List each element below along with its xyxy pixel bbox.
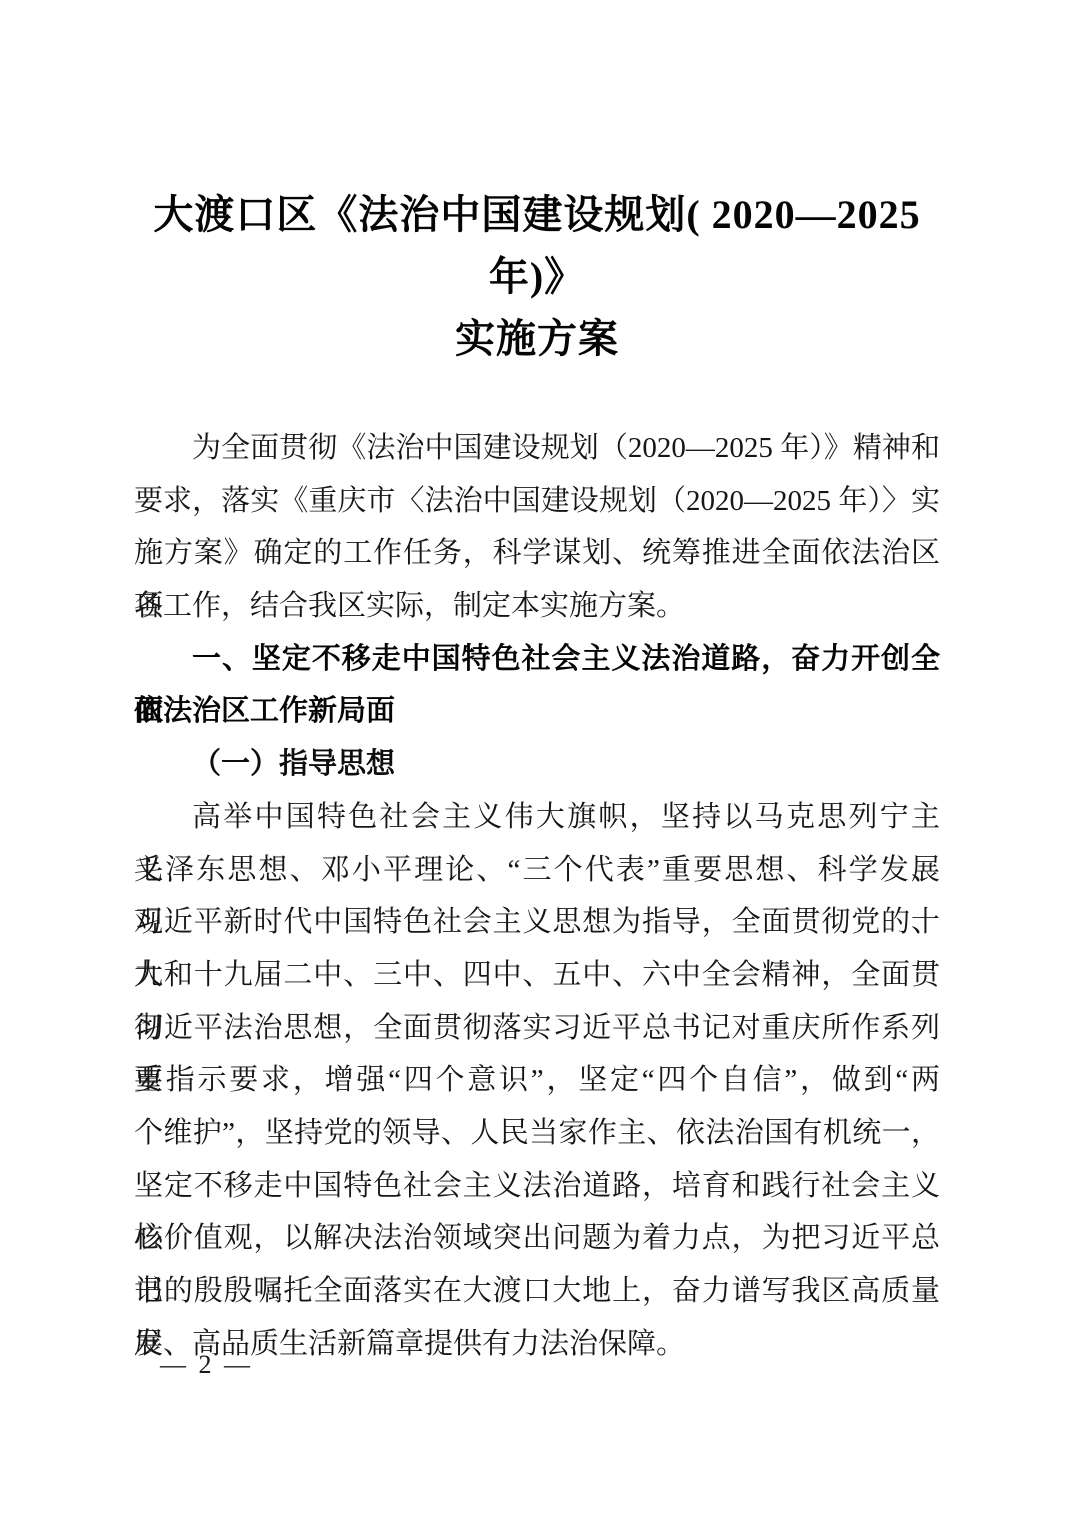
document-body: 为全面贯彻《法治中国建设规划（2020—2025 年）》精神和要求，落实《重庆市… bbox=[134, 422, 940, 1370]
text-line: 记的殷殷嘱托全面落实在大渡口大地上，奋力谱写我区高质量发 bbox=[134, 1265, 940, 1318]
text-line: 坚定不移走中国特色社会主义法治道路，培育和践行社会主义核 bbox=[134, 1160, 940, 1213]
text-line: 一、坚定不移走中国特色社会主义法治道路，奋力开创全面 bbox=[134, 633, 940, 686]
text-line: 习近平新时代中国特色社会主义思想为指导，全面贯彻党的十九 bbox=[134, 896, 940, 949]
page-number: — 2 — bbox=[160, 1348, 253, 1382]
text-line: 展、高品质生活新篇章提供有力法治保障。 bbox=[134, 1318, 940, 1371]
title-line-2: 实施方案 bbox=[134, 308, 940, 370]
document-title: 大渡口区《法治中国建设规划( 2020—2025 年)》 实施方案 bbox=[134, 184, 940, 370]
text-line: 习近平法治思想，全面贯彻落实习近平总书记对重庆所作系列重 bbox=[134, 1002, 940, 1055]
text-line: 施方案》确定的工作任务，科学谋划、统筹推进全面依法治区各 bbox=[134, 527, 940, 580]
text-line: 个维护”，坚持党的领导、人民当家作主、依法治国有机统一， bbox=[134, 1107, 940, 1160]
text-line: 毛泽东思想、邓小平理论、“三个代表”重要思想、科学发展观、 bbox=[134, 844, 940, 897]
text-line: 大和十九届二中、三中、四中、五中、六中全会精神，全面贯彻 bbox=[134, 949, 940, 1002]
text-line: 高举中国特色社会主义伟大旗帜，坚持以马克思列宁主义、 bbox=[134, 791, 940, 844]
text-line: 要指示要求，增强“四个意识”，坚定“四个自信”，做到“两 bbox=[134, 1054, 940, 1107]
document-page: 大渡口区《法治中国建设规划( 2020—2025 年)》 实施方案 为全面贯彻《… bbox=[0, 0, 1074, 1520]
title-line-1: 大渡口区《法治中国建设规划( 2020—2025 年)》 bbox=[134, 184, 940, 308]
text-line: 要求，落实《重庆市〈法治中国建设规划（2020—2025 年）〉实 bbox=[134, 475, 940, 528]
text-line: 为全面贯彻《法治中国建设规划（2020—2025 年）》精神和 bbox=[134, 422, 940, 475]
page-content: 大渡口区《法治中国建设规划( 2020—2025 年)》 实施方案 为全面贯彻《… bbox=[134, 0, 940, 1370]
text-line: 心价值观，以解决法治领域突出问题为着力点，为把习近平总书 bbox=[134, 1212, 940, 1265]
text-line: 项工作，结合我区实际，制定本实施方案。 bbox=[134, 580, 940, 633]
text-line: （一）指导思想 bbox=[134, 738, 940, 791]
text-line: 依法治区工作新局面 bbox=[134, 685, 940, 738]
